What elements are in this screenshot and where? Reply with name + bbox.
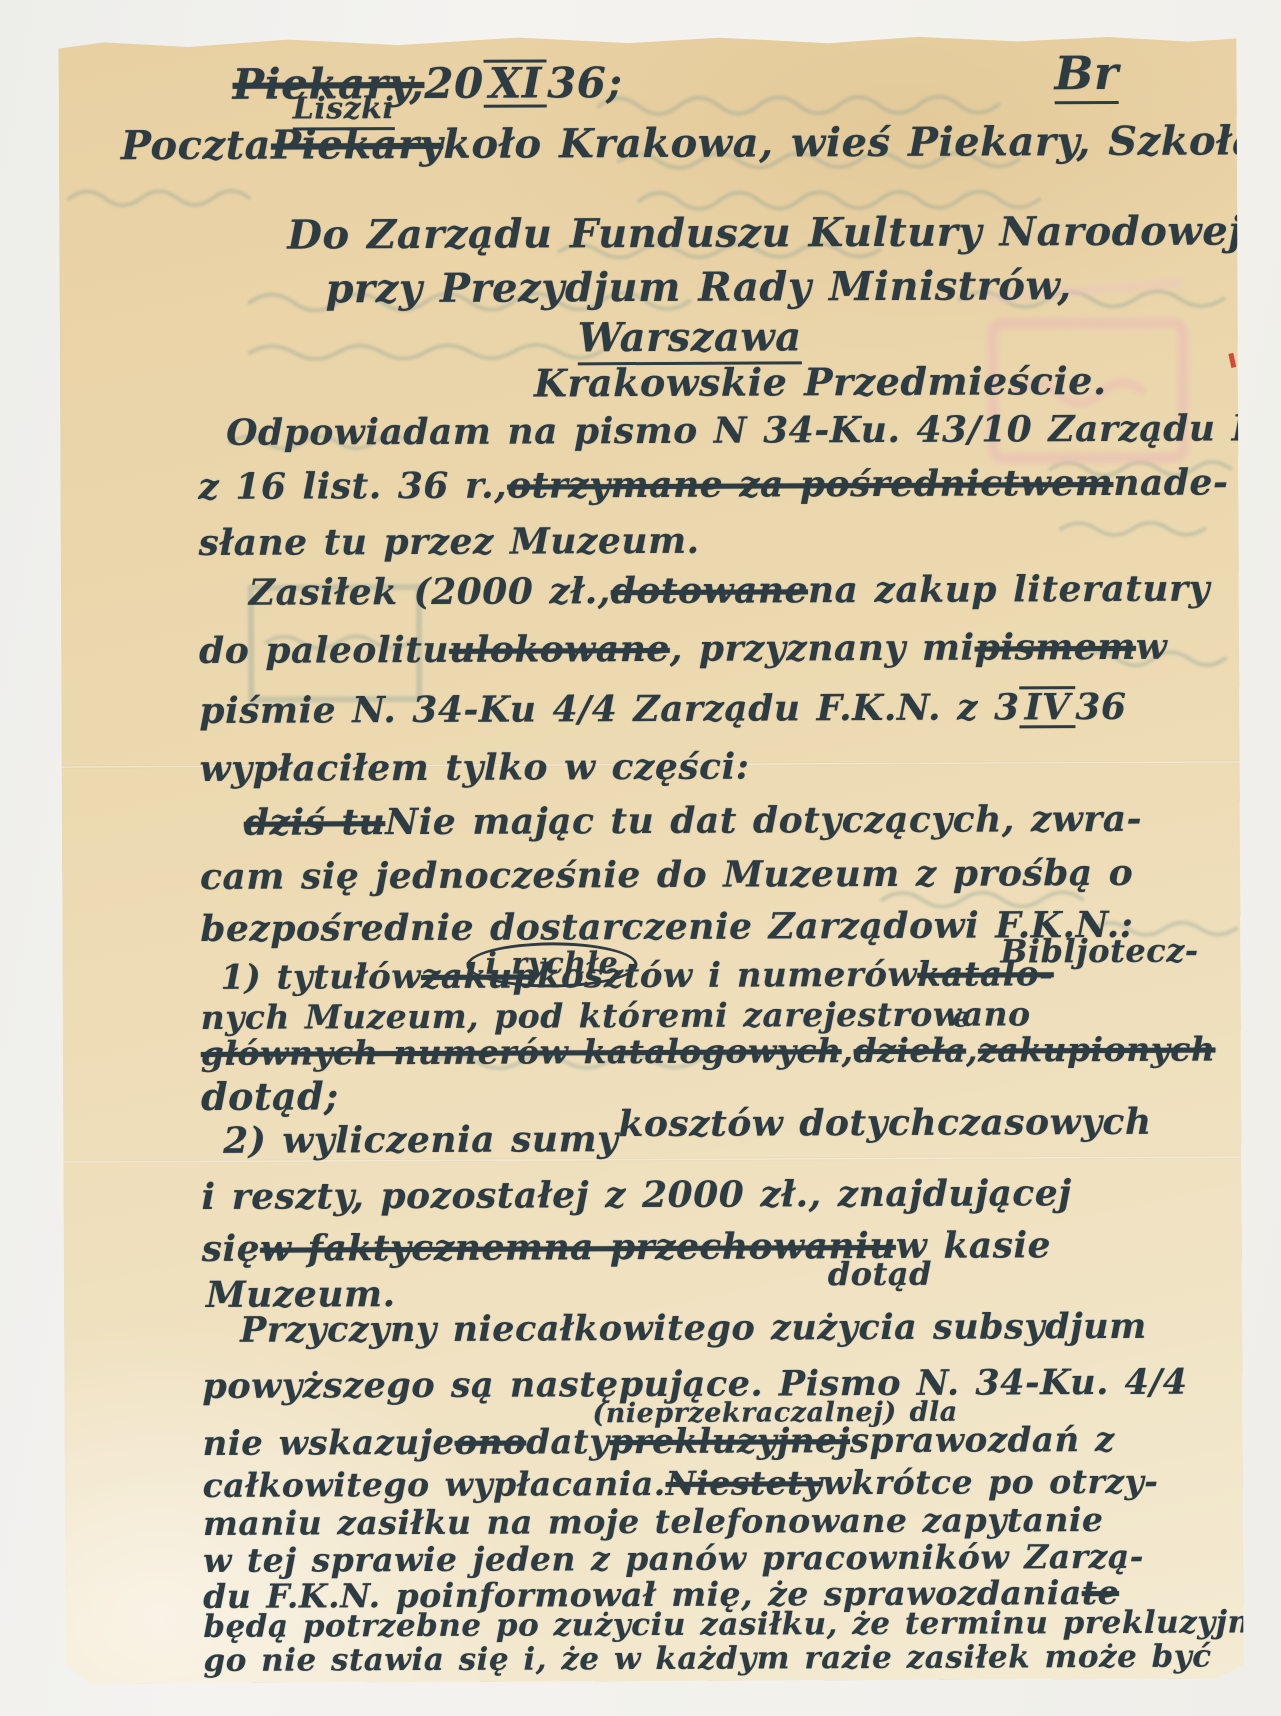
manuscript-segment: do paleolitu (199, 629, 449, 672)
manuscript-segment: nade- (1113, 461, 1228, 504)
manuscript-segment: całkowitego wypłacania. (203, 1464, 666, 1505)
scanned-letter: Piekary, 20 XI 36;BrLiszkiPoczta Piekary… (0, 0, 1281, 1716)
manuscript-segment: maniu zasiłku na moje telefonowane zapyt… (203, 1500, 1104, 1543)
manuscript-segment: przy Prezydjum Rady Ministrów, (325, 262, 1071, 312)
manuscript-segment: cam się jednocześnie do Muzeum z prośbą … (200, 852, 1133, 898)
manuscript-segment: 20 (424, 59, 484, 108)
body-line: całkowitego wypłacania. Niestety wkrótce… (203, 1462, 1159, 1505)
manuscript-segment: Przyczyny niecałkowitego zużycia subsydj… (240, 1306, 1147, 1351)
manuscript-segment-strike: zakup (421, 956, 537, 997)
manuscript-segment: nie wskazuje (202, 1423, 454, 1464)
manuscript-segment: Odpowiadam na pismo N 34-Ku. 43/10 Zarzą… (226, 407, 1281, 454)
body-line: z 16 list. 36 r., otrzymane za pośrednic… (198, 461, 1228, 507)
manuscript-segment-strike: dotowane (611, 569, 808, 612)
manuscript-lines: Piekary, 20 XI 36;BrLiszkiPoczta Piekary… (58, 33, 1243, 1683)
initials-mark: Br (1054, 46, 1118, 104)
body-line: maniu zasiłku na moje telefonowane zapyt… (203, 1500, 1104, 1543)
manuscript-segment: 1) tytułów (220, 957, 421, 998)
body-line: go nie stawia się i, że w każdym razie z… (203, 1639, 1211, 1679)
body-line: Zasiłek (2000 zł., dotowane na zakup lit… (249, 568, 1210, 614)
manuscript-segment-strike: zakupionych (978, 1030, 1216, 1070)
manuscript-segment: piśmie N. 34-Ku 4/4 Zarządu F.K.N. z 3 (199, 686, 1019, 732)
body-line: dotąd; (201, 1073, 339, 1119)
manuscript-segment: bezpośrednie dostarczenie Zarządowi F.K.… (200, 904, 1133, 950)
manuscript-segment-strike: ono (455, 1423, 527, 1463)
manuscript-segment: słane tu przez Muzeum. (199, 520, 700, 564)
manuscript-segment-strike: ulokowane (449, 628, 670, 671)
manuscript-segment: Poczta (121, 122, 271, 170)
list-item-1: 1) tytułów zakup kosztów i numerów katal… (220, 954, 1053, 998)
manuscript-segment: wypłaciłem tylko w części: (200, 746, 750, 790)
manuscript-segment-strike: Niestety (666, 1463, 823, 1503)
manuscript-segment: sprawozdań z (850, 1420, 1115, 1461)
manuscript-segment-strike: pismem (975, 626, 1136, 669)
manuscript-segment-raised: kosztów dotychczasowych (618, 1101, 1151, 1145)
manuscript-segment-strike: otrzymane za pośrednictwem (507, 462, 1113, 507)
manuscript-segment-xi: IV (1019, 686, 1075, 728)
manuscript-segment: Do Zarządu Funduszu Kultury Narodowej (287, 207, 1243, 258)
sender-address: Poczta Piekary koło Krakowa, wieś Piekar… (121, 117, 1273, 169)
body-line: wypłaciłem tylko w części: (200, 746, 750, 790)
manuscript-segment: w (1136, 626, 1168, 668)
manuscript-segment: koło Krakowa, wieś Piekary, Szkoła. (443, 117, 1273, 168)
body-line: do paleolitu ulokowane, przyznany mi pis… (199, 626, 1167, 672)
manuscript-segment: 2) wyliczenia sumy (223, 1118, 618, 1162)
manuscript-segment-strike: dzieła (854, 1031, 967, 1070)
addressee-4: Krakowskie Przedmieście. (534, 358, 1107, 405)
manuscript-segment-strike: Piekary (271, 121, 443, 169)
body-line: i reszty, pozostałej z 2000 zł., znajduj… (201, 1172, 1071, 1218)
manuscript-segment: e (953, 1001, 971, 1034)
manuscript-segment: z 16 list. 36 r., (198, 465, 507, 508)
body-line: Przyczyny niecałkowitego zużycia subsydj… (240, 1306, 1147, 1351)
body-line: piśmie N. 34-Ku 4/4 Zarządu F.K.N. z 3 I… (199, 686, 1126, 732)
body-line: bezpośrednie dostarczenie Zarządowi F.K.… (200, 904, 1133, 950)
body-line: cam się jednocześnie do Muzeum z prośbą … (200, 852, 1133, 898)
manuscript-segment: Krakowskie Przedmieście. (534, 358, 1107, 405)
manuscript-segment-strike: prekluzyjnej (609, 1421, 850, 1462)
manuscript-segment: i reszty, pozostałej z 2000 zł., znajduj… (201, 1172, 1071, 1218)
manuscript-segment: , (966, 1031, 978, 1070)
manuscript-segment-u: Warszawa (578, 313, 802, 365)
manuscript-segment-strike: katalo- (917, 954, 1054, 995)
manuscript-segment: Nie mając tu dat dotyczących, zwra- (385, 798, 1142, 843)
manuscript-segment-strike: w faktycznem (260, 1226, 544, 1269)
manuscript-segment-strike: dziś tu (244, 801, 386, 844)
manuscript-segment: Zasiłek (2000 zł., (249, 570, 611, 614)
addressee-1: Do Zarządu Funduszu Kultury Narodowej (287, 207, 1243, 258)
body-line: dziś tu Nie mając tu dat dotyczących, zw… (244, 798, 1142, 844)
manuscript-segment: go nie stawia się i, że w każdym razie z… (203, 1639, 1211, 1679)
body-line: nie wskazuje ono daty prekluzyjnej spraw… (202, 1420, 1114, 1464)
body-line: słane tu przez Muzeum. (199, 520, 700, 564)
body-line: Odpowiadam na pismo N 34-Ku. 43/10 Zarzą… (226, 407, 1281, 454)
manuscript-segment-strike: głównych numerów katalogowych (201, 1031, 842, 1073)
dateline: Piekary, 20 XI 36; (233, 58, 623, 109)
manuscript-segment: kosztów i numerów (537, 955, 918, 997)
manuscript-segment: 36 (1075, 686, 1126, 728)
manuscript-segment: dotąd (828, 1255, 932, 1293)
manuscript-segment-u: Br (1054, 46, 1118, 104)
body-line: głównych numerów katalogowych, dzieła, z… (201, 1030, 1216, 1073)
manuscript-segment-xi: XI (484, 59, 547, 107)
list-item-2: 2) wyliczenia sumy kosztów dotychczasowy… (223, 1116, 1152, 1162)
manuscript-segment: dotąd; (201, 1073, 339, 1119)
insert-e: e (953, 1001, 971, 1034)
manuscript-segment: daty (526, 1422, 609, 1462)
manuscript-segment: , (842, 1031, 854, 1070)
paper-sheet: Piekary, 20 XI 36;BrLiszkiPoczta Piekary… (58, 33, 1243, 1683)
addressee-2: przy Prezydjum Rady Ministrów, (325, 262, 1071, 312)
manuscript-segment: wkrótce po otrzy- (822, 1462, 1158, 1502)
manuscript-segment: 36; (547, 58, 623, 107)
insert-dotad: dotąd (828, 1255, 932, 1293)
manuscript-segment: się (202, 1228, 261, 1270)
manuscript-segment: na zakup literatury (808, 568, 1210, 612)
manuscript-segment: , przyznany mi (670, 627, 975, 670)
addressee-3: Warszawa (578, 313, 802, 365)
